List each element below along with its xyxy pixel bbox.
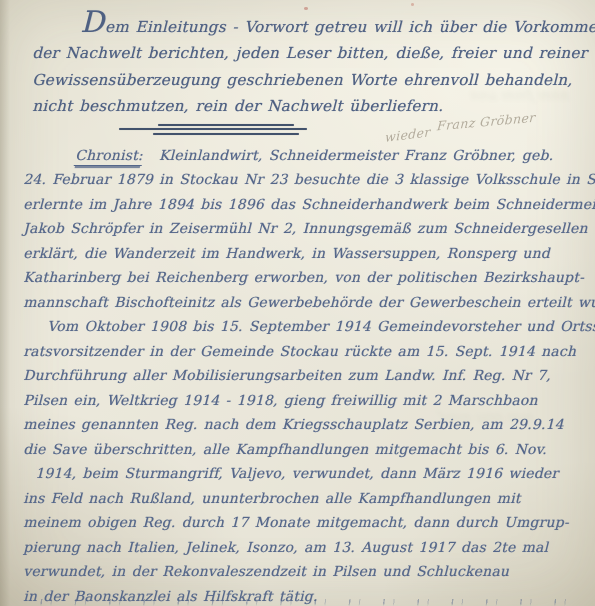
chronicle-line: 1914, beim Sturmangriff, Valjevo, verwun… bbox=[21, 462, 595, 487]
chronicle-line: erlernte im Jahre 1894 bis 1896 das Schn… bbox=[21, 193, 595, 218]
chronicle-line: Durchführung aller Mobilisierungsarbeite… bbox=[21, 364, 595, 389]
page-edge-shadow bbox=[0, 0, 10, 606]
chronicle-line: pierung nach Italien, Jelinek, Isonzo, a… bbox=[21, 536, 595, 561]
chronicle-line-text: ins Feld nach Rußland, ununterbrochen al… bbox=[21, 487, 525, 512]
chronicle-lines: 24. Februar 1879 in Stockau Nr 23 besuch… bbox=[21, 168, 595, 606]
chronicle-line: mannschaft Bischofteinitz als Gewerbebeh… bbox=[21, 291, 595, 316]
chronicle-line-text: verwundet, in der Rekonvaleszendzeit in … bbox=[21, 560, 513, 585]
intro-line-text: Dem Einleitungs - Vorwort getreu will ic… bbox=[54, 9, 595, 40]
divider-rule bbox=[119, 128, 307, 130]
chronicle-line: Jakob Schröpfer in Zeisermühl Nr 2, Innu… bbox=[21, 217, 595, 242]
chronicle-line-text: meinem obigen Reg. durch 17 Monate mitge… bbox=[21, 511, 573, 536]
manuscript-page: m un fun ben mum fun ben un fum mu ber m… bbox=[0, 0, 595, 606]
chronist-label: Chronist: bbox=[74, 148, 146, 166]
chronicle-line-text: Jakob Schröpfer in Zeisermühl Nr 2, Innu… bbox=[21, 217, 592, 242]
chronicle-line: ins Feld nach Rußland, ununterbrochen al… bbox=[21, 487, 595, 512]
chronicle-line-text: Durchführung aller Mobilisierungsarbeite… bbox=[21, 364, 555, 389]
chronicle-line-text: 1914, beim Sturmangriff, Valjevo, verwun… bbox=[27, 462, 562, 487]
intro-line: Dem Einleitungs - Vorwort getreu will ic… bbox=[30, 9, 595, 40]
chronicle-line: 24. Februar 1879 in Stockau Nr 23 besuch… bbox=[21, 168, 595, 193]
chronicle-line-text: pierung nach Italien, Jelinek, Isonzo, a… bbox=[21, 536, 552, 561]
chronicle-line-text: Katharinberg bei Reichenberg erworben, v… bbox=[21, 266, 588, 291]
clipped-bottom-line bbox=[30, 599, 575, 606]
chronicle-line: verwundet, in der Rekonvaleszendzeit in … bbox=[21, 560, 595, 585]
chronicle-line-text: Vom Oktober 1908 bis 15. September 1914 … bbox=[33, 315, 595, 340]
chronicle-line-text: erklärt, die Wanderzeit im Handwerk, in … bbox=[21, 242, 554, 267]
chronicle-line: die Save überschritten, alle Kampfhandlu… bbox=[21, 438, 595, 463]
chronicle-line-text: meines genannten Reg. nach dem Kriegssch… bbox=[21, 413, 568, 438]
divider-rule bbox=[153, 133, 299, 135]
chronicle-paragraph: Chronist: Kleinlandwirt, Schneidermeiste… bbox=[0, 140, 595, 606]
intro-line: Gewissensüberzeugung geschriebenen Worte… bbox=[30, 67, 595, 93]
chronicle-line: Vom Oktober 1908 bis 15. September 1914 … bbox=[21, 315, 595, 340]
chronicle-line: erklärt, die Wanderzeit im Handwerk, in … bbox=[21, 242, 595, 267]
divider-rule bbox=[158, 124, 294, 126]
intro-line-text: Gewissensüberzeugung geschriebenen Worte… bbox=[30, 67, 577, 93]
chronicle-line: Pilsen ein, Weltkrieg 1914 - 1918, gieng… bbox=[21, 389, 595, 414]
chronicle-line-text: 24. Februar 1879 in Stockau Nr 23 besuch… bbox=[21, 168, 595, 193]
chronicle-line: ratsvorsitzender in der Gemeinde Stockau… bbox=[21, 340, 595, 365]
chronicle-line-text: Pilsen ein, Weltkrieg 1914 - 1918, gieng… bbox=[21, 389, 542, 414]
chronicle-line-text: mannschaft Bischofteinitz als Gewerbebeh… bbox=[21, 291, 595, 316]
intro-line-text: der Nachwelt berichten, jeden Leser bitt… bbox=[30, 40, 592, 66]
chronicle-first-line-text: Kleinlandwirt, Schneidermeister Franz Gr… bbox=[158, 148, 556, 164]
intro-paragraph: Dem Einleitungs - Vorwort getreu will ic… bbox=[0, 0, 595, 120]
chronicle-first-line: Chronist: Kleinlandwirt, Schneidermeiste… bbox=[21, 144, 595, 169]
chronicle-line-text: ratsvorsitzender in der Gemeinde Stockau… bbox=[21, 340, 580, 365]
chronicle-line-text: die Save überschritten, alle Kampfhandlu… bbox=[21, 438, 551, 463]
chronicle-line: meinem obigen Reg. durch 17 Monate mitge… bbox=[21, 511, 595, 536]
paper-speck bbox=[411, 3, 414, 6]
intro-line-text: nicht beschmutzen, rein der Nachwelt übe… bbox=[30, 93, 448, 119]
intro-line: der Nachwelt berichten, jeden Leser bitt… bbox=[30, 40, 595, 66]
chronicle-line: Katharinberg bei Reichenberg erworben, v… bbox=[21, 266, 595, 291]
chronicle-line-text: erlernte im Jahre 1894 bis 1896 das Schn… bbox=[21, 193, 595, 218]
chronicle-line: meines genannten Reg. nach dem Kriegssch… bbox=[21, 413, 595, 438]
